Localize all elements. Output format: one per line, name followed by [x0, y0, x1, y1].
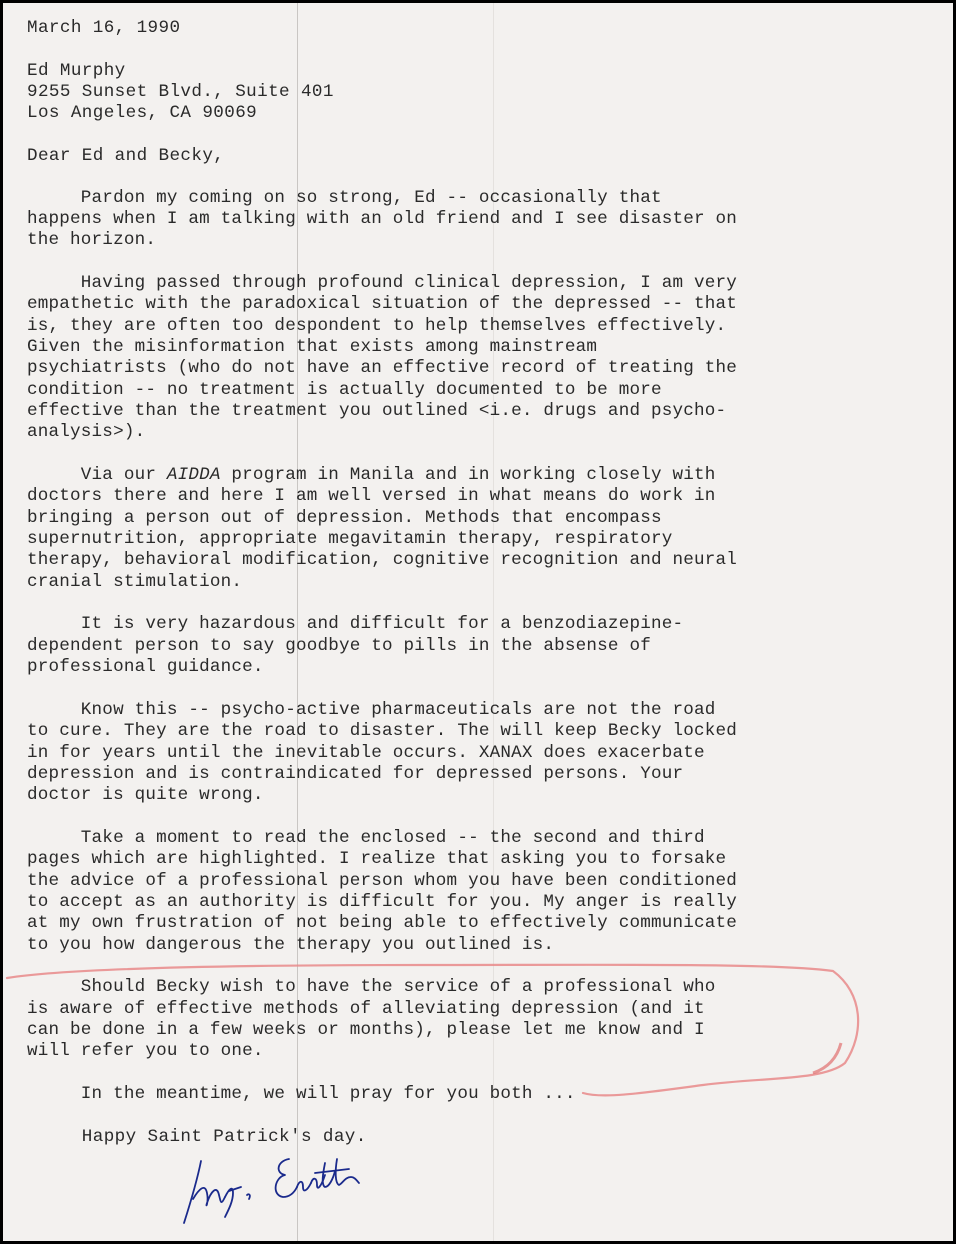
paragraph-3-line-4: supernutrition, appropriate megavitamin … — [27, 529, 672, 550]
paragraph-7-line-3: can be done in a few weeks or months), p… — [27, 1020, 705, 1041]
paragraph-2-line-1: Having passed through profound clinical … — [27, 273, 737, 294]
handwritten-signature-icon — [179, 1151, 379, 1231]
sign-off: Happy Saint Patrick's day. — [27, 1127, 367, 1148]
paragraph-3-tail: program in Manila and in working closely… — [221, 465, 716, 485]
letter-date: March 16, 1990 — [27, 18, 180, 39]
paragraph-7-line-2: is aware of effective methods of allevia… — [27, 999, 705, 1020]
salutation: Dear Ed and Becky, — [27, 146, 224, 167]
paragraph-3-line-2: doctors there and here I am well versed … — [27, 486, 716, 507]
paragraph-6-line-2: pages which are highlighted. I realize t… — [27, 849, 726, 870]
paragraph-2-line-5: psychiatrists (who do not have an effect… — [27, 358, 737, 379]
paragraph-4-line-3: professional guidance. — [27, 657, 264, 678]
recipient-name: Ed Murphy — [27, 61, 126, 82]
paragraph-2-line-4: Given the misinformation that exists amo… — [27, 337, 597, 358]
paragraph-3-line-1: Via our AIDDA program in Manila and in w… — [27, 465, 716, 486]
paragraph-3-line-6: cranial stimulation. — [27, 572, 242, 593]
paragraph-2-line-2: empathetic with the paradoxical situatio… — [27, 294, 737, 315]
paragraph-6-line-5: at my own frustration of not being able … — [27, 913, 737, 934]
paragraph-3-lead: Via our — [27, 465, 167, 485]
paragraph-2-line-7: effective than the treatment you outline… — [27, 401, 726, 422]
paragraph-3-line-3: bringing a person out of depression. Met… — [27, 508, 662, 529]
paragraph-6-line-3: the advice of a professional person whom… — [27, 871, 737, 892]
paragraph-6-line-6: to you how dangerous the therapy you out… — [27, 935, 554, 956]
paragraph-4-line-1: It is very hazardous and difficult for a… — [27, 614, 683, 635]
paragraph-3-line-5: therapy, behavioral modification, cognit… — [27, 550, 737, 571]
recipient-address-line-1: 9255 Sunset Blvd., Suite 401 — [27, 82, 334, 103]
paragraph-4-line-2: dependent person to say goodbye to pills… — [27, 636, 651, 657]
paragraph-7-line-1: Should Becky wish to have the service of… — [27, 977, 716, 998]
letter-page: March 16, 1990 Ed Murphy 9255 Sunset Blv… — [3, 3, 953, 1241]
paragraph-5-line-4: depression and is contraindicated for de… — [27, 764, 683, 785]
recipient-address-line-2: Los Angeles, CA 90069 — [27, 103, 257, 124]
paragraph-7-line-4: will refer you to one. — [27, 1041, 264, 1062]
paragraph-2-line-6: condition -- no treatment is actually do… — [27, 380, 662, 401]
paragraph-1-line-1: Pardon my coming on so strong, Ed -- occ… — [27, 188, 662, 209]
paragraph-5-line-3: in for years until the inevitable occurs… — [27, 743, 705, 764]
aidda-program-name: AIDDA — [167, 465, 221, 485]
paragraph-1-line-3: the horizon. — [27, 230, 156, 251]
paragraph-5-line-1: Know this -- psycho-active pharmaceutica… — [27, 700, 716, 721]
paragraph-6-line-1: Take a moment to read the enclosed -- th… — [27, 828, 705, 849]
paragraph-5-line-2: to cure. They are the road to disaster. … — [27, 721, 737, 742]
paragraph-1-line-2: happens when I am talking with an old fr… — [27, 209, 737, 230]
paragraph-2-line-8: analysis>). — [27, 422, 145, 443]
paragraph-2-line-3: is, they are often too despondent to hel… — [27, 316, 726, 337]
paragraph-6-line-4: to accept as an authority is difficult f… — [27, 892, 737, 913]
closing-line: In the meantime, we will pray for you bo… — [27, 1084, 576, 1105]
paragraph-5-line-5: doctor is quite wrong. — [27, 785, 264, 806]
